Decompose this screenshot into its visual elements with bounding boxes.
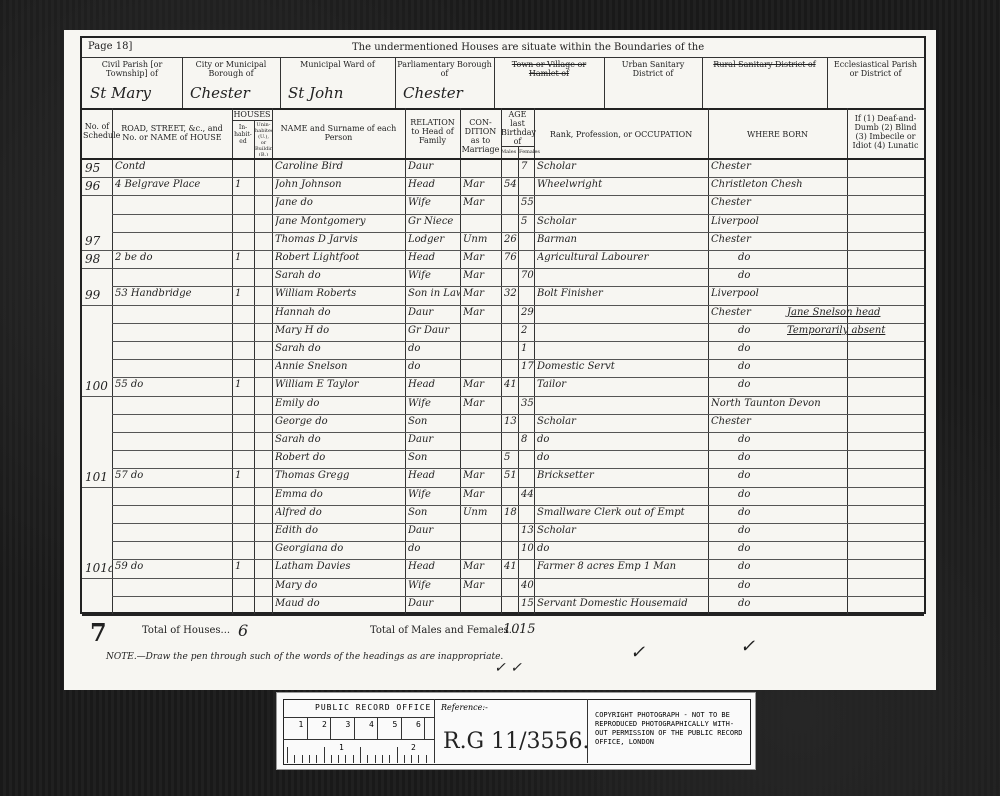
boundary-value: Chester — [403, 84, 463, 102]
cell-relation: Gr Niece — [408, 216, 460, 227]
cell-born: do — [738, 543, 847, 554]
boundary-value: St Mary — [90, 84, 151, 102]
table-row: Edith doDaur13Scholardo — [82, 523, 928, 541]
column-header: NAME and Surname of each Person — [273, 124, 404, 142]
column-header: If (1) Deaf-and-Dumb (2) Blind (3) Imbec… — [848, 114, 923, 150]
cell-male-age: 18 — [504, 507, 518, 518]
cell-schedule: 97 — [85, 234, 112, 248]
cell-name: Mary H do — [275, 325, 405, 336]
column-header: Males — [501, 149, 516, 155]
cell-name: Jane do — [275, 197, 405, 208]
cell-born: do — [738, 343, 847, 354]
cell-relation: Daur — [408, 434, 460, 445]
cell-female-age: 29 — [521, 307, 534, 318]
table-row: 97Thomas D JarvisLodgerUnm26BarmanCheste… — [82, 232, 928, 250]
table-row: Robert doSon5dodo — [82, 450, 928, 468]
cell-condition: Unm — [463, 507, 501, 518]
cell-name: Jane Montgomery — [275, 216, 405, 227]
cell-condition: Mar — [463, 561, 501, 572]
cell-condition: Unm — [463, 234, 501, 245]
cell-address: 4 Belgrave Place — [115, 179, 232, 190]
cell-relation: Son — [408, 507, 460, 518]
cell-relation: do — [408, 543, 460, 554]
cell-name: Maud do — [275, 598, 405, 609]
cell-name: Robert do — [275, 452, 405, 463]
cell-born: do — [738, 561, 847, 572]
cell-occupation: Barman — [537, 234, 708, 245]
cell-address: 57 do — [115, 470, 232, 481]
cell-female-age: 7 — [521, 161, 534, 172]
cell-relation: Head — [408, 470, 460, 481]
cell-female-age: 2 — [521, 325, 534, 336]
females-total: 15 — [519, 622, 536, 637]
cell-note: Jane Snelson head — [787, 307, 880, 318]
cell-relation: Son in Law — [408, 288, 460, 299]
column-header: CON-DITION as to Marriage — [461, 118, 500, 154]
cell-male-age: 32 — [504, 288, 518, 299]
cell-schedule: 95 — [85, 161, 112, 175]
cell-name: Emma do — [275, 489, 405, 500]
cell-female-age: 8 — [521, 434, 534, 445]
boundary-label: Town or Village or Hamlet of — [496, 60, 602, 78]
cell-name: Edith do — [275, 525, 405, 536]
cell-born: Chester — [711, 416, 847, 427]
tick-mark: ✓ ✓ — [494, 660, 522, 676]
boundary-value: St John — [288, 84, 343, 102]
cell-name: Mary do — [275, 580, 405, 591]
table-row: 9953 Handbridge1William RobertsSon in La… — [82, 286, 928, 304]
cell-born: Chester — [711, 161, 847, 172]
cell-relation: Daur — [408, 598, 460, 609]
schedule-count: 7 — [90, 618, 107, 647]
cell-occupation: Bricksetter — [537, 470, 708, 481]
cell-female-age: 13 — [521, 525, 534, 536]
ruler-label: 2 — [322, 720, 327, 729]
cell-relation: Wife — [408, 398, 460, 409]
table-row: Sarah dodo1do — [82, 341, 928, 359]
ruler-label: 1 — [339, 743, 344, 752]
cell-born: do — [738, 379, 847, 390]
cell-female-age: 5 — [521, 216, 534, 227]
cell-condition: Mar — [463, 470, 501, 481]
cell-born: do — [738, 361, 847, 372]
cell-occupation: Bolt Finisher — [537, 288, 708, 299]
cell-male-age: 13 — [504, 416, 518, 427]
cell-schedule: 101 — [85, 470, 112, 484]
cell-schedule: 100 — [85, 379, 112, 393]
tick-mark: ✓ — [630, 642, 645, 663]
cell-occupation: Servant Domestic Housemaid — [537, 598, 708, 609]
table-row: 95ContdCaroline BirdDaur7ScholarChester — [82, 159, 928, 177]
cell-name: Emily do — [275, 398, 405, 409]
cell-male-age: 51 — [504, 470, 518, 481]
copyright-notice: COPYRIGHT PHOTOGRAPH - NOT TO BE REPRODU… — [595, 711, 745, 747]
cell-condition: Mar — [463, 252, 501, 263]
cell-female-age: 1 — [521, 343, 534, 354]
cell-name: Sarah do — [275, 343, 405, 354]
males-total: 10 — [503, 622, 520, 637]
cell-female-age: 10 — [521, 543, 534, 554]
cell-relation: Wife — [408, 197, 460, 208]
cell-address: 2 be do — [115, 252, 232, 263]
cell-name: Robert Lightfoot — [275, 252, 405, 263]
cell-occupation: Domestic Servt — [537, 361, 708, 372]
cell-name: John Johnson — [275, 179, 405, 190]
boundary-value: Chester — [190, 84, 250, 102]
boundary-label: Civil Parish [or Township] of — [84, 60, 180, 78]
cell-relation: Wife — [408, 580, 460, 591]
cell-relation: Head — [408, 379, 460, 390]
cell-name: William Roberts — [275, 288, 405, 299]
cell-born: do — [738, 507, 847, 518]
cell-name: Alfred do — [275, 507, 405, 518]
cell-occupation: Tailor — [537, 379, 708, 390]
cell-female-age: 70 — [521, 270, 534, 281]
table-row: George doSon13ScholarChester — [82, 414, 928, 432]
cell-address: 55 do — [115, 379, 232, 390]
cell-male-age: 54 — [504, 179, 518, 190]
office-label: PUBLIC RECORD OFFICE — [315, 703, 431, 712]
persons-total-label: Total of Males and Females... — [370, 625, 518, 636]
cell-male-age: 5 — [504, 452, 518, 463]
table-row: Georgiana dodo10dodo — [82, 541, 928, 559]
cell-born: do — [738, 598, 847, 609]
cell-relation: Head — [408, 252, 460, 263]
ruler-label: 5 — [393, 720, 398, 729]
cell-address: 53 Handbridge — [115, 288, 232, 299]
table-row: Hannah doDaurMar29ChesterJane Snelson he… — [82, 305, 928, 323]
cell-born: do — [738, 580, 847, 591]
reference-number: R.G 11/3556. — [443, 729, 590, 754]
banner-text: The undermentioned Houses are situate wi… — [352, 42, 704, 53]
cell-condition: Mar — [463, 580, 501, 591]
cell-name: Hannah do — [275, 307, 405, 318]
cell-born: Chester — [711, 197, 847, 208]
footer-note: NOTE.—Draw the pen through such of the w… — [106, 652, 503, 662]
cell-condition: Mar — [463, 307, 501, 318]
cell-condition: Mar — [463, 398, 501, 409]
cell-born: do — [738, 252, 847, 263]
cell-condition: Mar — [463, 179, 501, 190]
ruler-label: 2 — [411, 743, 416, 752]
cell-male-age: 26 — [504, 234, 518, 245]
table-row: 10157 do1Thomas GreggHeadMar51Bricksette… — [82, 468, 928, 486]
houses-total: 6 — [238, 621, 248, 640]
cell-female-age: 40 — [521, 580, 534, 591]
table-row: Sarah doDaur8dodo — [82, 432, 928, 450]
cell-inhabited: 1 — [235, 470, 254, 481]
cell-schedule: 99 — [85, 288, 112, 302]
cell-name: Sarah do — [275, 434, 405, 445]
cell-inhabited: 1 — [235, 561, 254, 572]
cell-male-age: 41 — [504, 379, 518, 390]
boundary-label: Rural Sanitary District of — [704, 60, 825, 69]
table-row: 964 Belgrave Place1John JohnsonHeadMar54… — [82, 177, 928, 195]
column-header: ROAD, STREET, &c., and No. or NAME of HO… — [113, 124, 231, 142]
column-header: RELATION to Head of Family — [406, 118, 459, 145]
ruler-label: 3 — [346, 720, 351, 729]
cell-occupation: Farmer 8 acres Emp 1 Man — [537, 561, 708, 572]
cell-occupation: Scholar — [537, 525, 708, 536]
cell-relation: Gr Daur — [408, 325, 460, 336]
column-header: Rank, Profession, or OCCUPATION — [535, 130, 707, 139]
cell-female-age: 17 — [521, 361, 534, 372]
column-header: HOUSES — [232, 110, 272, 119]
cell-relation: do — [408, 343, 460, 354]
cell-condition: Mar — [463, 197, 501, 208]
cell-born: do — [738, 452, 847, 463]
table-row: Sarah doWifeMar70do — [82, 268, 928, 286]
cell-name: Georgiana do — [275, 543, 405, 554]
boundary-label: Parliamentary Borough of — [397, 60, 492, 78]
table-row: 101a59 do1Latham DaviesHeadMar41Farmer 8… — [82, 559, 928, 577]
table-row: Jane doWifeMar55Chester — [82, 195, 928, 213]
cell-born: Liverpool — [711, 288, 847, 299]
cell-name: William E Taylor — [275, 379, 405, 390]
cell-born: Christleton Chesh — [711, 179, 847, 190]
cell-name: George do — [275, 416, 405, 427]
table-row: 982 be do1Robert LightfootHeadMar76Agric… — [82, 250, 928, 268]
cell-born: do — [738, 434, 847, 445]
column-header: No. of Schedule — [83, 122, 111, 140]
boundary-label: Ecclesiastical Parish or District of — [829, 60, 922, 78]
cell-relation: Wife — [408, 489, 460, 500]
cell-occupation: do — [537, 543, 708, 554]
table-row: Mary doWifeMar40do — [82, 578, 928, 596]
table-row: Emily doWifeMar35North Taunton Devon — [82, 396, 928, 414]
ruler-label: 1 — [299, 720, 304, 729]
cell-occupation: do — [537, 452, 708, 463]
cell-male-age: 41 — [504, 561, 518, 572]
cell-name: Thomas Gregg — [275, 470, 405, 481]
cell-relation: Daur — [408, 161, 460, 172]
cell-female-age: 55 — [521, 197, 534, 208]
cell-born: do — [738, 470, 847, 481]
table-row: Mary H doGr Daur2doTemporarily absent — [82, 323, 928, 341]
cell-occupation: do — [537, 434, 708, 445]
cell-occupation: Wheelwright — [537, 179, 708, 190]
cell-name: Annie Snelson — [275, 361, 405, 372]
table-row: Emma doWifeMar44do — [82, 487, 928, 505]
boundary-label: Urban Sanitary District of — [606, 60, 700, 78]
houses-total-label: Total of Houses... — [142, 625, 230, 636]
table-row: 10055 do1William E TaylorHeadMar41Tailor… — [82, 377, 928, 395]
table-row: Jane MontgomeryGr Niece5ScholarLiverpool — [82, 214, 928, 232]
cell-inhabited: 1 — [235, 288, 254, 299]
column-header: WHERE BORN — [709, 130, 846, 139]
cell-name: Caroline Bird — [275, 161, 405, 172]
cell-condition: Mar — [463, 489, 501, 500]
cell-name: Thomas D Jarvis — [275, 234, 405, 245]
cell-relation: Head — [408, 179, 460, 190]
column-header: Females — [519, 149, 540, 155]
record-office-stamp: PUBLIC RECORD OFFICE 12345612 Reference:… — [276, 692, 756, 770]
cell-born: do — [738, 525, 847, 536]
page-label: Page 18] — [88, 41, 132, 52]
table-row: Annie Snelsondo17Domestic Servtdo — [82, 359, 928, 377]
cell-schedule: 98 — [85, 252, 112, 266]
cell-relation: Wife — [408, 270, 460, 281]
cell-condition: Mar — [463, 288, 501, 299]
table-row: Maud doDaur15Servant Domestic Housemaidd… — [82, 596, 928, 614]
ruler-label: 4 — [369, 720, 374, 729]
cell-occupation: Agricultural Labourer — [537, 252, 708, 263]
cell-relation: Daur — [408, 525, 460, 536]
cell-male-age: 76 — [504, 252, 518, 263]
cell-occupation: Scholar — [537, 416, 708, 427]
column-header: Unin-habited (U.), or Building (B.) — [255, 122, 272, 156]
cell-relation: do — [408, 361, 460, 372]
cell-born: North Taunton Devon — [711, 398, 847, 409]
cell-born: Chester — [711, 234, 847, 245]
cell-inhabited: 1 — [235, 179, 254, 190]
cell-born: do — [738, 489, 847, 500]
cell-relation: Head — [408, 561, 460, 572]
cell-condition: Mar — [463, 270, 501, 281]
ruler-label: 6 — [416, 720, 421, 729]
cell-address: Contd — [115, 161, 232, 172]
tick-mark: ✓ — [740, 636, 755, 657]
cell-inhabited: 1 — [235, 379, 254, 390]
cell-female-age: 15 — [521, 598, 534, 609]
cell-schedule: 96 — [85, 179, 112, 193]
boundary-label: Municipal Ward of — [282, 60, 393, 69]
cell-address: 59 do — [115, 561, 232, 572]
cell-relation: Lodger — [408, 234, 460, 245]
cell-occupation: Scholar — [537, 161, 708, 172]
cell-female-age: 35 — [521, 398, 534, 409]
census-form: Page 18] The undermentioned Houses are s… — [80, 36, 926, 614]
reference-label: Reference:- — [441, 703, 488, 712]
cell-condition: Mar — [463, 379, 501, 390]
cell-born: do — [738, 270, 847, 281]
cell-inhabited: 1 — [235, 252, 254, 263]
cell-female-age: 44 — [521, 489, 534, 500]
boundary-label: City or Municipal Borough of — [184, 60, 278, 78]
cell-relation: Daur — [408, 307, 460, 318]
cell-born: Liverpool — [711, 216, 847, 227]
cell-name: Latham Davies — [275, 561, 405, 572]
column-header: AGE last Birthday of — [501, 110, 534, 146]
cell-relation: Son — [408, 416, 460, 427]
cell-name: Sarah do — [275, 270, 405, 281]
table-row: Alfred doSonUnm18Smallware Clerk out of … — [82, 505, 928, 523]
cell-note: Temporarily absent — [787, 325, 885, 336]
cell-relation: Son — [408, 452, 460, 463]
column-header: In-habit-ed — [233, 124, 253, 145]
cell-schedule: 101a — [85, 561, 112, 575]
cell-occupation: Smallware Clerk out of Empt — [537, 507, 708, 518]
cell-occupation: Scholar — [537, 216, 708, 227]
